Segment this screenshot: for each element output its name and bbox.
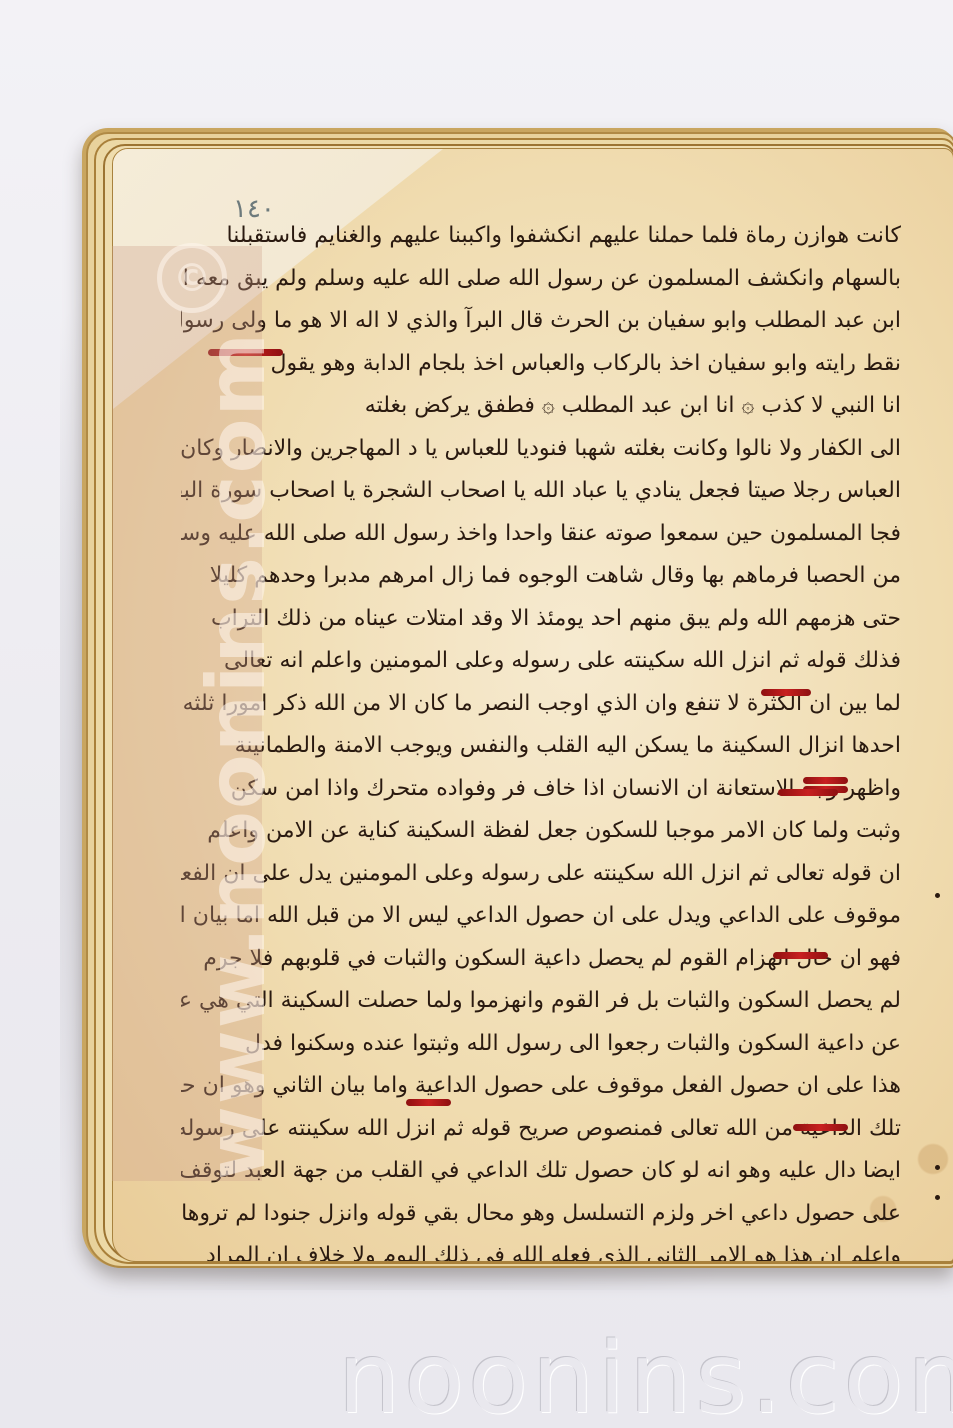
rubric-stroke xyxy=(406,1099,451,1106)
manuscript-text-block: كانت هوازن رماة فلما حملنا عليهم انكشفوا… xyxy=(181,215,901,1262)
text-line: نقط رايته وابو سفيان اخذ بالركاب والعباس… xyxy=(181,343,901,386)
text-line: واعلم ان هذا هو الامر الثاني الذي فعله ا… xyxy=(181,1235,901,1262)
text-line: فذلك قوله ثم انزل الله سكينته على رسوله … xyxy=(181,640,901,683)
text-line: احدها انزال السكينة ما يسكن اليه القلب و… xyxy=(181,725,901,768)
text-line: ان قوله تعالى ثم انزل الله سكينته على رس… xyxy=(181,853,901,896)
rubric-stroke xyxy=(803,777,848,784)
margin-dot xyxy=(935,1195,940,1200)
text-line: عن داعية السكون والثبات رجعوا الى رسول ا… xyxy=(181,1023,901,1066)
watermark-bottom-text: noonins.com xyxy=(338,1322,953,1428)
text-line: وثبت ولما كان الامر موجبا للسكون جعل لفظ… xyxy=(181,810,901,853)
margin-dot xyxy=(935,893,940,898)
copyright-icon: © xyxy=(157,243,227,313)
text-line: حتى هزمهم الله ولم يبق منهم احد يومئذ ال… xyxy=(181,598,901,641)
text-line: موقوف على الداعي ويدل على ان حصول الداعي… xyxy=(181,895,901,938)
rubric-stroke xyxy=(778,789,838,796)
text-line: هذا على ان حصول الفعل موقوف على حصول الد… xyxy=(181,1065,901,1108)
margin-dot xyxy=(935,1165,940,1170)
text-line: بالسهام وانكشف المسلمون عن رسول الله صلى… xyxy=(181,258,901,301)
text-line: الى الكفار ولا نالوا وكانت بغلته شهبا فن… xyxy=(181,428,901,471)
text-line: من الحصبا فرماهم بها وقال شاهت الوجوه فم… xyxy=(181,555,901,598)
rubric-stroke xyxy=(773,952,828,959)
text-line: ايضا دال عليه وهو انه لو كان حصول تلك ال… xyxy=(181,1150,901,1193)
text-line: على حصول داعي اخر ولزم التسلسل وهو محال … xyxy=(181,1193,901,1236)
text-line: انا النبي لا كذب ۞ انا ابن عبد المطلب ۞ … xyxy=(181,385,901,428)
watermark-vertical-text: www.noonins.com xyxy=(190,331,283,1180)
text-line: لم يحصل السكون والثبات بل فر القوم وانهز… xyxy=(181,980,901,1023)
text-line: ابن عبد المطلب وابو سفيان بن الحرث قال ا… xyxy=(181,300,901,343)
rubric-stroke xyxy=(793,1124,848,1131)
text-line: العباس رجلا صيتا فجعل ينادي يا عباد الله… xyxy=(181,470,901,513)
text-line: فجا المسلمون حين سمعوا صوته عنقا واحدا و… xyxy=(181,513,901,556)
rubric-stroke xyxy=(761,689,811,696)
text-line: كانت هوازن رماة فلما حملنا عليهم انكشفوا… xyxy=(181,215,901,258)
